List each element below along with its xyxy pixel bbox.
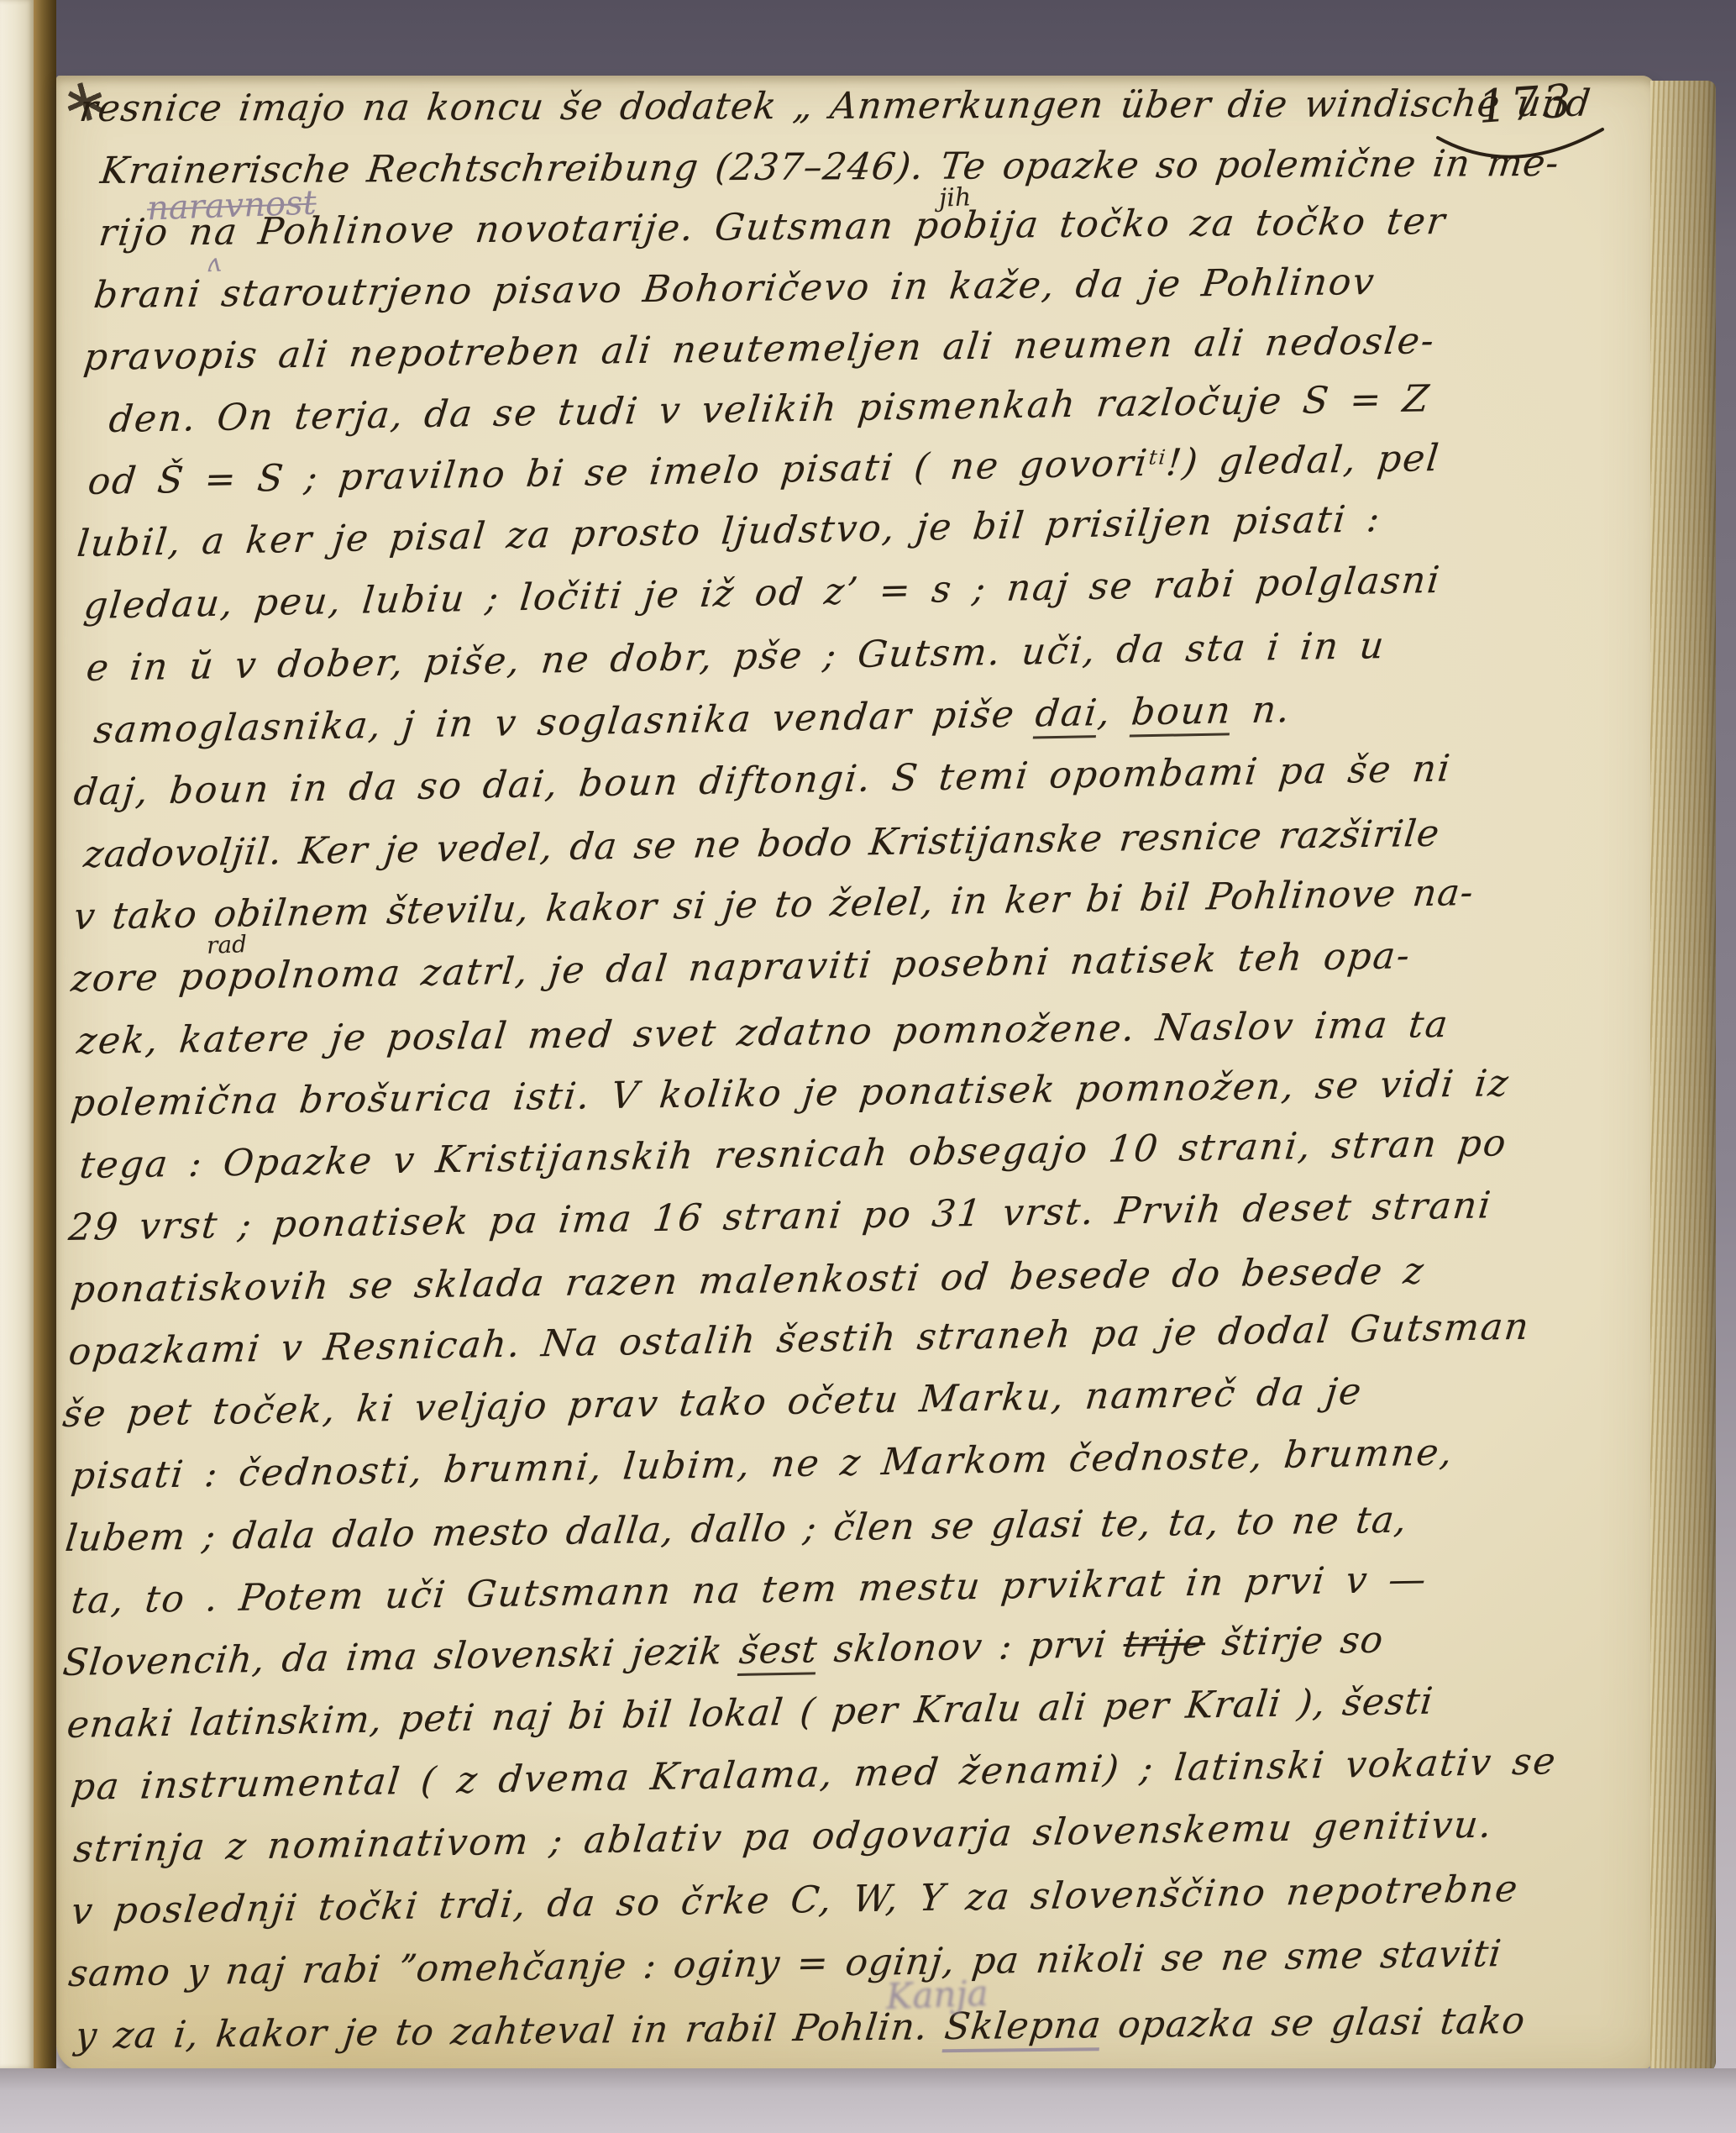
- manuscript-line: zek, katere je poslal med svet zdatno po…: [77, 1003, 1450, 1063]
- text-segment: sklonov : prvi: [816, 1623, 1126, 1671]
- text-segment: štirje so: [1203, 1619, 1385, 1665]
- text-segment: tega : Opazke v Kristijanskih resnicah o…: [77, 1122, 1509, 1187]
- manuscript-line: pisati : čednosti, brumni, lubim, ne z M…: [71, 1431, 1454, 1498]
- line-text: 29 vrst ; ponatisek pa ima 16 strani po …: [66, 1184, 1494, 1249]
- manuscript-line: samo y naj rabi ˮomehčanje : oginy = ogi…: [69, 1932, 1503, 1995]
- text-segment: n.: [1230, 688, 1293, 732]
- manuscript-line: den. On terja, da se tudi v velikih pism…: [109, 377, 1431, 441]
- text-segment: ,: [1096, 691, 1134, 734]
- line-text: e in ŭ v dober, piše, ne dobr, pše ; Gut…: [84, 624, 1387, 690]
- line-text: še pet toček, ki veljajo prav tako očetu…: [60, 1370, 1365, 1436]
- manuscript-line: od Š = S ; pravilno bi se imelo pisati (…: [88, 437, 1440, 503]
- text-segment: strinja z nominativom ; ablativ pa odgov…: [71, 1803, 1495, 1871]
- manuscript-line: daj, boun in da so dai, boun diftongi. S…: [74, 747, 1452, 814]
- text-segment: y za i, kakor je to zahteval in rabil Po…: [73, 2005, 947, 2057]
- text-segment: enaki latinskim, peti naj bi bil lokal (…: [65, 1680, 1435, 1747]
- manuscript-line: y za i, kakor je to zahteval in rabil Po…: [76, 1999, 1526, 2057]
- text-segment: lubil, a ker je pisal za prosto ljudstvo…: [75, 497, 1383, 565]
- manuscript-line: lubem ; dala dalo mesto dalla, dallo ; č…: [66, 1499, 1408, 1560]
- text-segment: resnice imajo na koncu še dodatek „ Anme…: [77, 82, 1593, 130]
- manuscript-line: gledau, peu, lubiu ; ločiti je iž od z’ …: [84, 559, 1441, 628]
- text-segment: Slovencih, da ima slovenski jezik: [60, 1630, 742, 1684]
- line-text: lubem ; dala dalo mesto dalla, dallo ; č…: [63, 1499, 1409, 1560]
- line-text: opazkami v Resnicah. Na ostalih šestih s…: [66, 1306, 1532, 1374]
- line-text: ta, to . Potem uči Gutsmann na tem mestu…: [69, 1558, 1429, 1622]
- text-segment: ti: [1148, 445, 1168, 469]
- pencil-annotation: Kanja: [885, 1973, 989, 2017]
- text-segment: daj, boun in da so dai, boun diftongi. S…: [71, 747, 1453, 814]
- text-segment: šest: [737, 1628, 820, 1676]
- line-text: samoglasnika, j in v soglasnika vendar p…: [92, 688, 1293, 752]
- ink-annotation: jih: [938, 182, 971, 213]
- line-text: tega : Opazke v Kristijanskih resnicah o…: [77, 1122, 1509, 1187]
- text-segment: pisati : čednosti, brumni, lubim, ne z M…: [69, 1431, 1455, 1498]
- text-segment: opazka se glasi tako: [1099, 1999, 1528, 2046]
- manuscript-line: Slovencih, da ima slovenski jezik šest s…: [63, 1619, 1384, 1684]
- line-text: daj, boun in da so dai, boun diftongi. S…: [71, 747, 1453, 814]
- manuscript-line: brani staroutrjeno pisavo Bohoričevo in …: [94, 260, 1376, 317]
- text-segment: 29 vrst ; ponatisek pa ima 16 strani po …: [66, 1184, 1494, 1249]
- line-text: pa instrumental ( z dvema Kralama, med ž…: [69, 1740, 1559, 1809]
- line-text: zadovoljil. Ker je vedel, da se ne bodo …: [81, 812, 1442, 876]
- manuscript-line: ponatiskovih se sklada razen malenkosti …: [71, 1249, 1425, 1311]
- text-segment: opazkami v Resnicah. Na ostalih šestih s…: [66, 1306, 1532, 1374]
- manuscript-line: pravopis ali nepotreben ali neutemeljen …: [84, 319, 1436, 379]
- manuscript-line: v tako obilnem številu, kakor si je to ž…: [74, 871, 1475, 938]
- text-segment: !) gledal, pel: [1164, 437, 1442, 485]
- manuscript-line: e in ŭ v dober, piše, ne dobr, pše ; Gut…: [87, 624, 1386, 690]
- line-text: v tako obilnem številu, kakor si je to ž…: [71, 871, 1476, 938]
- text-segment: gledau, peu, lubiu ; ločiti je iž od z’ …: [81, 559, 1443, 628]
- line-text: od Š = S ; pravilno bi se imelo pisati (…: [86, 437, 1442, 503]
- line-text: lubil, a ker je pisal za prosto ljudstvo…: [75, 497, 1383, 565]
- text-segment: Krainerische Rechtschreibung (237–246). …: [98, 142, 1561, 192]
- text-segment: še pet toček, ki veljajo prav tako očetu…: [60, 1370, 1365, 1436]
- line-text: pravopis ali nepotreben ali neutemeljen …: [81, 319, 1438, 379]
- text-segment: v tako obilnem številu, kakor si je to ž…: [71, 871, 1476, 938]
- manuscript-line: resnice imajo na koncu še dodatek „ Anme…: [80, 82, 1591, 130]
- line-text: zore popolnoma zatrl, je dal napraviti p…: [69, 934, 1413, 1001]
- manuscript-text: 173 resnice imajo na koncu še dodatek „ …: [0, 0, 1736, 2133]
- text-segment: samoglasnika, j in v soglasnika vendar p…: [92, 692, 1037, 752]
- text-segment: samo y naj rabi ˮomehčanje : oginy = ogi…: [66, 1932, 1504, 1995]
- line-text: gledau, peu, lubiu ; ločiti je iž od z’ …: [81, 559, 1443, 628]
- text-segment: lubem ; dala dalo mesto dalla, dallo ; č…: [63, 1499, 1409, 1560]
- photo-of-manuscript: { "manuscript": { "page_number": "173", …: [0, 0, 1736, 2133]
- line-text: pisati : čednosti, brumni, lubim, ne z M…: [69, 1431, 1455, 1498]
- manuscript-line: Krainerische Rechtschreibung (237–246). …: [101, 142, 1560, 192]
- manuscript-line: pa instrumental ( z dvema Kralama, med ž…: [71, 1740, 1557, 1809]
- line-text: zek, katere je poslal med svet zdatno po…: [75, 1003, 1451, 1063]
- text-segment: ta, to . Potem uči Gutsmann na tem mestu…: [69, 1558, 1429, 1622]
- line-text: v poslednji točki trdi, da so črke C, W,…: [69, 1868, 1521, 1933]
- manuscript-line: zadovoljil. Ker je vedel, da se ne bodo …: [84, 812, 1440, 876]
- text-segment: v poslednji točki trdi, da so črke C, W,…: [69, 1868, 1521, 1933]
- line-text: ponatiskovih se sklada razen malenkosti …: [69, 1249, 1427, 1311]
- line-text: Krainerische Rechtschreibung (237–246). …: [98, 142, 1561, 192]
- text-segment: trije: [1121, 1621, 1208, 1666]
- line-text: Slovencih, da ima slovenski jezik šest s…: [60, 1619, 1386, 1685]
- text-segment: zek, katere je poslal med svet zdatno po…: [75, 1003, 1451, 1063]
- line-text: polemična brošurica isti. V koliko je po…: [69, 1062, 1512, 1125]
- manuscript-line: v poslednji točki trdi, da so črke C, W,…: [71, 1868, 1519, 1933]
- manuscript-line: opazkami v Resnicah. Na ostalih šestih s…: [69, 1306, 1530, 1374]
- text-segment: boun: [1129, 689, 1234, 737]
- line-text: y za i, kakor je to zahteval in rabil Po…: [73, 1999, 1528, 2057]
- manuscript-line: lubil, a ker je pisal za prosto ljudstvo…: [77, 497, 1382, 565]
- manuscript-line: tega : Opazke v Kristijanskih resnicah o…: [80, 1122, 1508, 1187]
- line-text: enaki latinskim, peti naj bi bil lokal (…: [65, 1680, 1435, 1747]
- text-segment: pravopis ali nepotreben ali neutemeljen …: [81, 319, 1438, 379]
- line-text: resnice imajo na koncu še dodatek „ Anme…: [77, 82, 1593, 130]
- manuscript-line: enaki latinskim, peti naj bi bil lokal (…: [67, 1680, 1434, 1747]
- manuscript-line: zore popolnoma zatrl, je dal napraviti p…: [71, 934, 1412, 1001]
- manuscript-line: 29 vrst ; ponatisek pa ima 16 strani po …: [69, 1184, 1492, 1249]
- manuscript-line: ta, to . Potem uči Gutsmann na tem mestu…: [71, 1558, 1428, 1622]
- text-segment: pa instrumental ( z dvema Kralama, med ž…: [69, 1740, 1559, 1809]
- text-segment: ponatiskovih se sklada razen malenkosti …: [69, 1249, 1427, 1311]
- manuscript-line: polemična brošurica isti. V koliko je po…: [71, 1062, 1510, 1125]
- manuscript-line: še pet toček, ki veljajo prav tako očetu…: [63, 1370, 1363, 1436]
- text-segment: zore popolnoma zatrl, je dal napraviti p…: [69, 934, 1413, 1001]
- text-segment: polemična brošurica isti. V koliko je po…: [69, 1062, 1512, 1125]
- text-segment: od Š = S ; pravilno bi se imelo pisati (…: [86, 442, 1151, 503]
- manuscript-line: strinja z nominativom ; ablativ pa odgov…: [74, 1804, 1493, 1871]
- line-text: den. On terja, da se tudi v velikih pism…: [107, 377, 1432, 441]
- manuscript-line: samoglasnika, j in v soglasnika vendar p…: [94, 688, 1292, 752]
- text-segment: brani staroutrjeno pisavo Bohoričevo in …: [92, 260, 1377, 317]
- line-text: samo y naj rabi ˮomehčanje : oginy = ogi…: [66, 1932, 1504, 1995]
- line-text: brani staroutrjeno pisavo Bohoričevo in …: [92, 260, 1377, 317]
- pencil-annotation: naravnost: [146, 183, 317, 228]
- text-segment: den. On terja, da se tudi v velikih pism…: [107, 377, 1432, 441]
- text-segment: zadovoljil. Ker je vedel, da se ne bodo …: [81, 812, 1442, 876]
- ink-scribble: [67, 82, 102, 121]
- text-segment: e in ŭ v dober, piše, ne dobr, pše ; Gut…: [84, 624, 1387, 690]
- text-segment: dai: [1033, 691, 1100, 738]
- pencil-annotation: ʌ: [206, 249, 221, 279]
- line-text: strinja z nominativom ; ablativ pa odgov…: [71, 1803, 1495, 1871]
- ink-annotation: rad: [206, 930, 247, 959]
